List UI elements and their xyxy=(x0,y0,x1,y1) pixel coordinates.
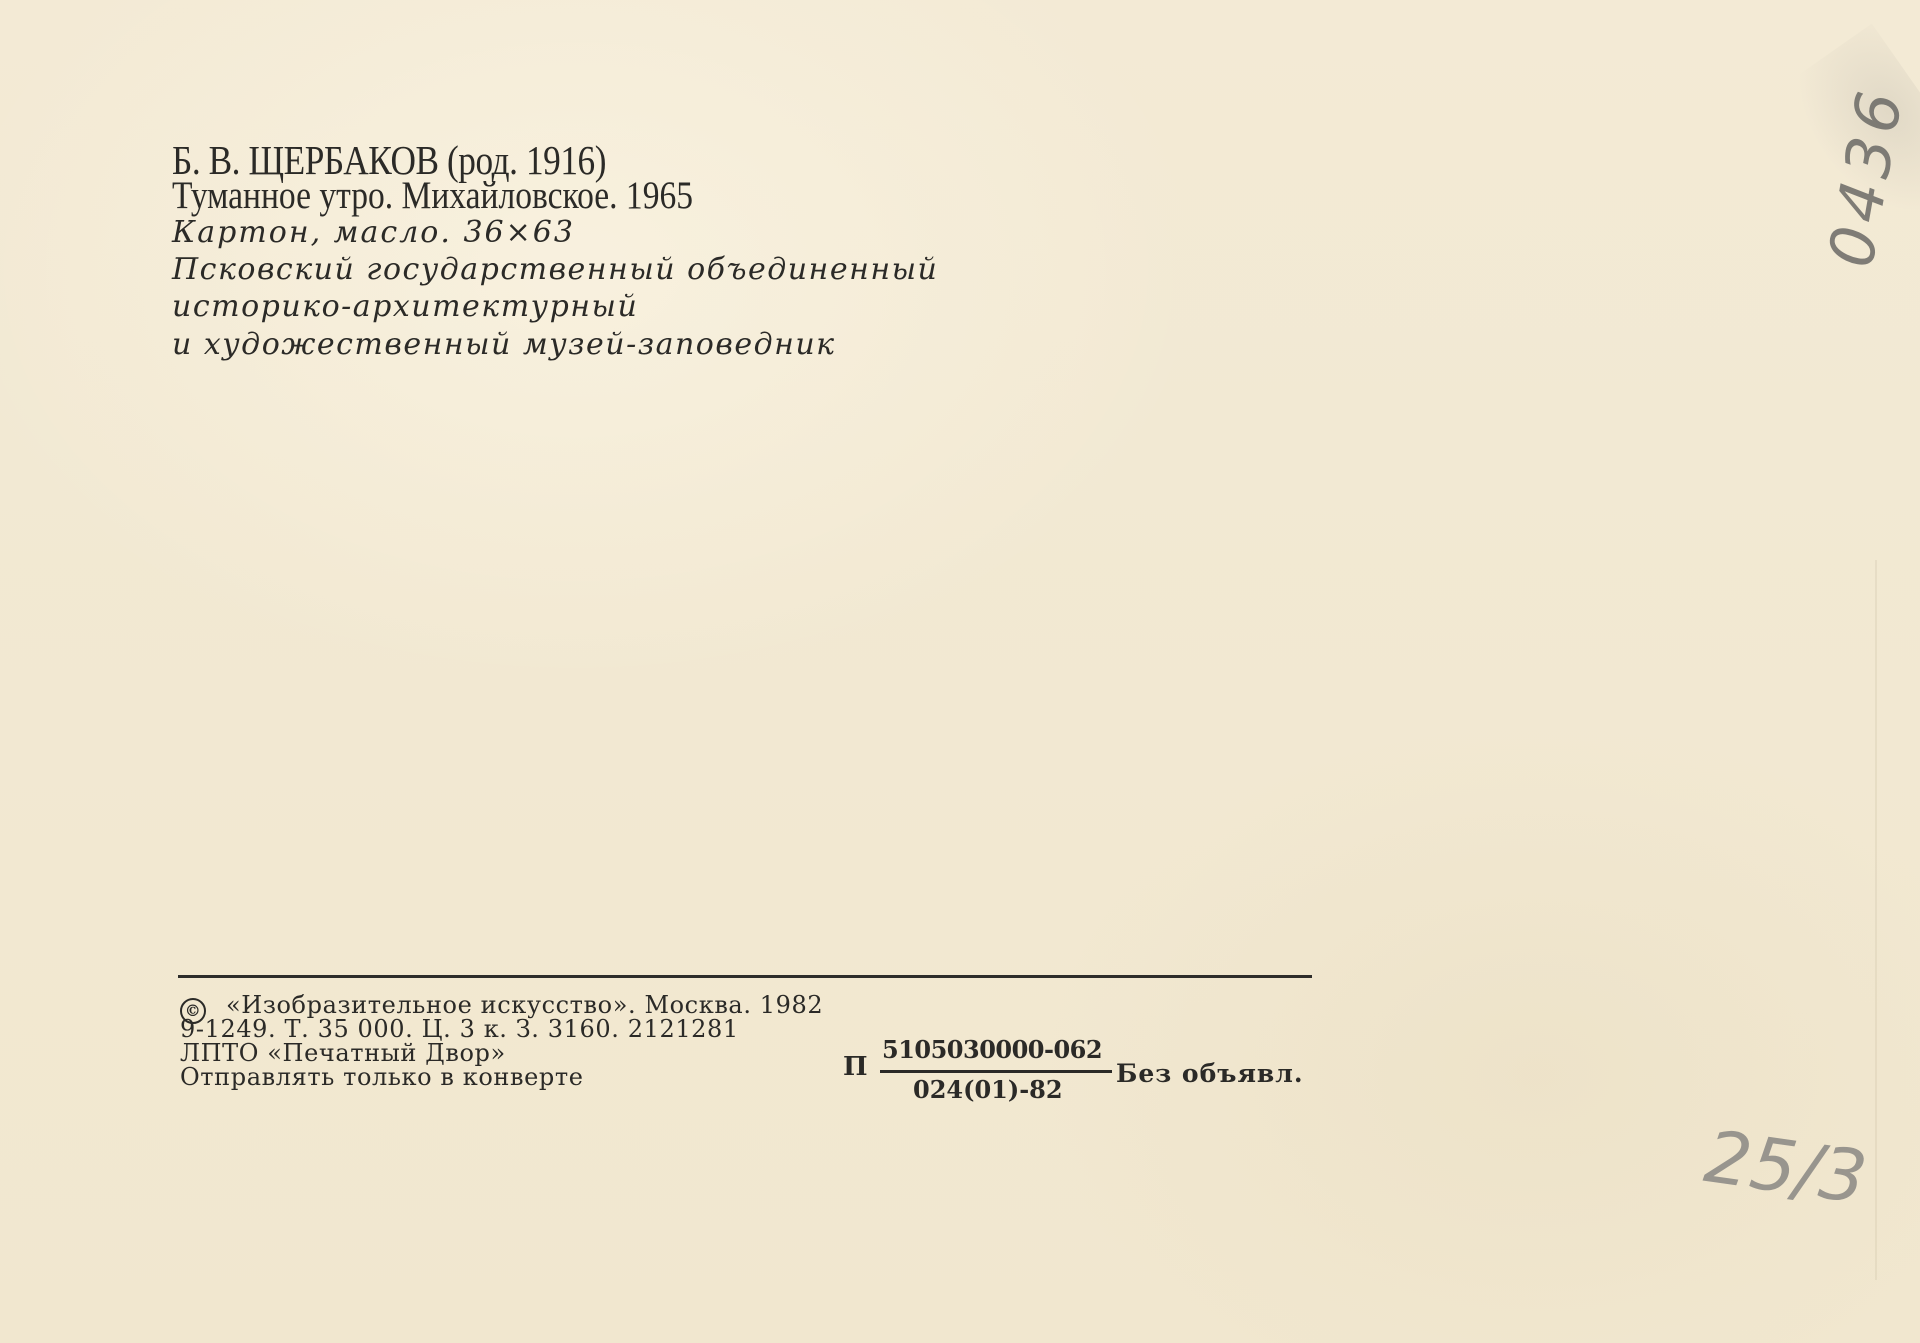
painting-title: Туманное утро. Михайловское. 1965 xyxy=(172,176,693,215)
museum-line: историко-архитектурный xyxy=(172,292,638,322)
fraction-bar xyxy=(880,1070,1112,1073)
painting-medium-size: Картон, масло. 36×63 xyxy=(172,218,575,248)
ad-note: Без объявл. xyxy=(1116,1061,1304,1086)
printer-name: ЛПТО «Печатный Двор» xyxy=(180,1041,506,1065)
museum-line: и художественный музей-заповедник xyxy=(172,330,836,360)
paper-crease xyxy=(1875,560,1877,1280)
museum-line: Псковский государственный объединенный xyxy=(172,255,938,285)
mailing-note: Отправлять только в конверте xyxy=(180,1065,584,1089)
index-numerator: 5105030000-062 xyxy=(882,1038,1102,1062)
index-letter: П xyxy=(843,1054,868,1080)
print-details: 9-1249. Т. 35 000. Ц. 3 к. З. 3160. 2121… xyxy=(180,1017,739,1041)
index-denominator: 024(01)-82 xyxy=(913,1078,1063,1102)
imprint-divider xyxy=(178,975,1312,978)
